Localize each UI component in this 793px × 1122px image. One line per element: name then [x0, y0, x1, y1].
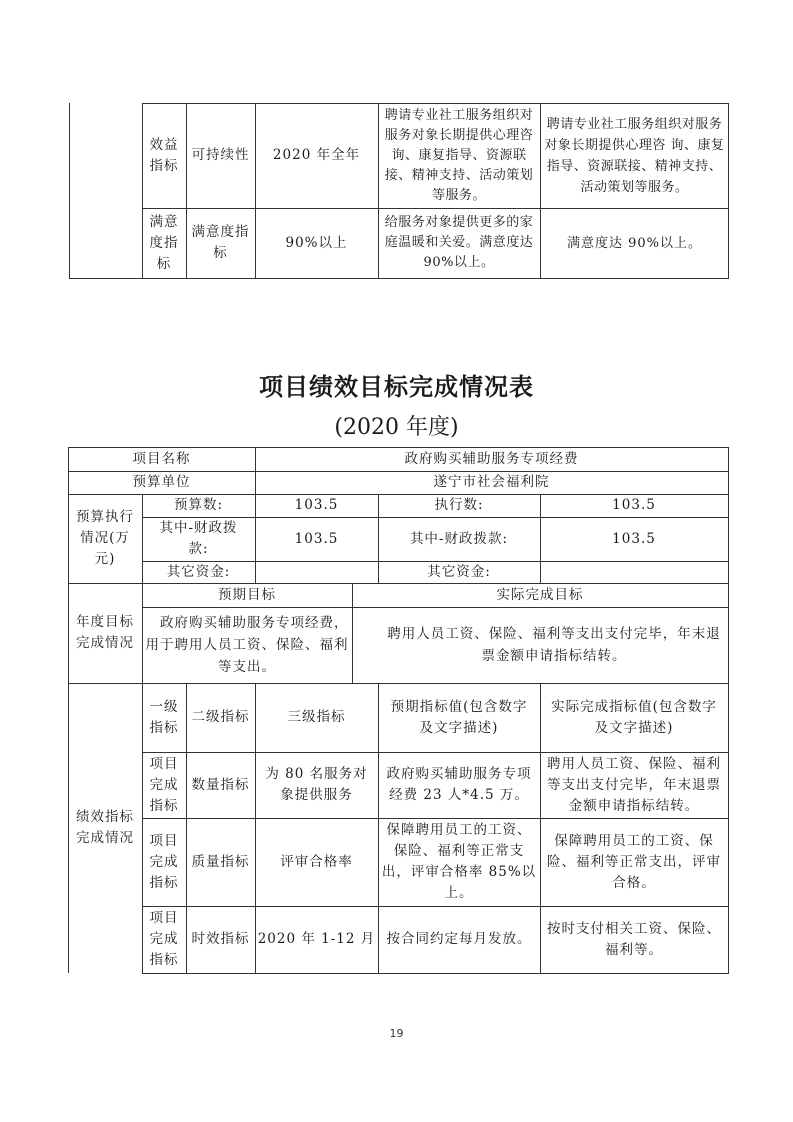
- budget-amount-value: 103.5: [255, 494, 378, 517]
- level1-indicator: 项目 完成 指标: [142, 752, 186, 818]
- level2-indicator: 时效指标: [186, 906, 255, 973]
- fiscal-exec-value: 103.5: [540, 517, 728, 561]
- level2-indicator: 可持续性: [186, 103, 255, 208]
- level2-indicator: 质量指标: [186, 818, 255, 906]
- level3-indicator: 评审合格率: [255, 818, 378, 906]
- actual-goal-text: 聘用人员工资、保险、福利等支出支付完毕，年末退票金额申请指标结转。: [354, 607, 728, 683]
- level2-header: 二级指标: [186, 683, 255, 752]
- fiscal-exec-label: 其中-财政拨款:: [378, 517, 540, 561]
- project-name-label: 项目名称: [68, 447, 255, 471]
- page-subtitle: (2020 年度): [0, 410, 793, 441]
- other-funds-exec-value: [540, 561, 728, 583]
- expected-goal-text: 政府购买辅助服务专项经费，用于聘用人员工资、保险、福利等支出。: [143, 607, 351, 683]
- other-funds-label: 其它资金:: [142, 561, 255, 583]
- level1-indicator: 项目 完成 指标: [142, 906, 186, 973]
- page-title: 项目绩效目标完成情况表: [0, 367, 793, 402]
- budget-exec-label: 预算执行 情况(万 元): [68, 494, 142, 583]
- annual-goal-label: 年度目标 完成情况: [68, 583, 142, 683]
- actual-indicator-value: 聘用人员工资、保险、福利等支出支付完毕，年末退票金额申请指标结转。: [540, 752, 728, 818]
- level1-indicator: 效益 指标: [142, 103, 186, 208]
- other-funds-value: [255, 561, 378, 583]
- actual-indicator-value: 保障聘用员工的工资、保险、福利等正常支出，评审合格。: [540, 818, 728, 906]
- actual-value: 聘请专业社工服务组织对服务对象长期提供心理咨 询、康复指导、资源联接、精神支持、…: [541, 103, 728, 208]
- expected-goal-header: 预期目标: [142, 583, 352, 607]
- exec-amount-label: 执行数:: [378, 494, 540, 517]
- budget-amount-label: 预算数:: [142, 494, 255, 517]
- fiscal-allocation-label: 其中-财政拨 款:: [142, 517, 255, 561]
- project-name-value: 政府购买辅助服务专项经费: [255, 447, 728, 471]
- level3-indicator: 2020 年全年: [255, 103, 378, 208]
- level2-indicator: 数量指标: [186, 752, 255, 818]
- level3-indicator: 为 80 名服务对象提供服务: [255, 752, 378, 818]
- actual-goal-header: 实际完成目标: [352, 583, 728, 607]
- actual-indicator-header: 实际完成指标值(包含数字及文字描述): [540, 683, 728, 752]
- level2-indicator: 满意度指 标: [186, 208, 255, 278]
- budget-unit-label: 预算单位: [68, 471, 255, 494]
- level1-indicator: 项目 完成 指标: [142, 818, 186, 906]
- level3-indicator: 90%以上: [255, 208, 378, 278]
- actual-value: 满意度达 90%以上。: [541, 208, 728, 278]
- fiscal-allocation-value: 103.5: [255, 517, 378, 561]
- page-number: 19: [0, 1027, 793, 1040]
- level3-indicator: 2020 年 1-12 月: [255, 906, 378, 973]
- expected-value: 聘请专业社工服务组织对服务对象长期提供心理咨询、康复指导、资源联接、精神支持、活…: [380, 103, 538, 208]
- expected-indicator-value: 保障聘用员工的工资、保险、福利等正常支出，评审合格率 85%以上。: [378, 818, 540, 906]
- exec-amount-value: 103.5: [540, 494, 728, 517]
- level1-header: 一级 指标: [142, 683, 186, 752]
- expected-indicator-header: 预期指标值(包含数字及文字描述): [378, 683, 540, 752]
- budget-unit-value: 遂宁市社会福利院: [255, 471, 728, 494]
- level1-indicator: 满意 度指 标: [142, 208, 186, 278]
- performance-label: 绩效指标 完成情况: [68, 683, 142, 973]
- actual-indicator-value: 按时支付相关工资、保险、福利等。: [540, 906, 728, 973]
- expected-indicator-value: 政府购买辅助服务专项经费 23 人*4.5 万。: [378, 752, 540, 818]
- expected-indicator-value: 按合同约定每月发放。: [378, 906, 540, 973]
- expected-value: 给服务对象提供更多的家庭温暖和关爱。满意度达90%以上。: [380, 208, 538, 278]
- level3-header: 三级指标: [255, 683, 378, 752]
- other-funds-exec-label: 其它资金:: [378, 561, 540, 583]
